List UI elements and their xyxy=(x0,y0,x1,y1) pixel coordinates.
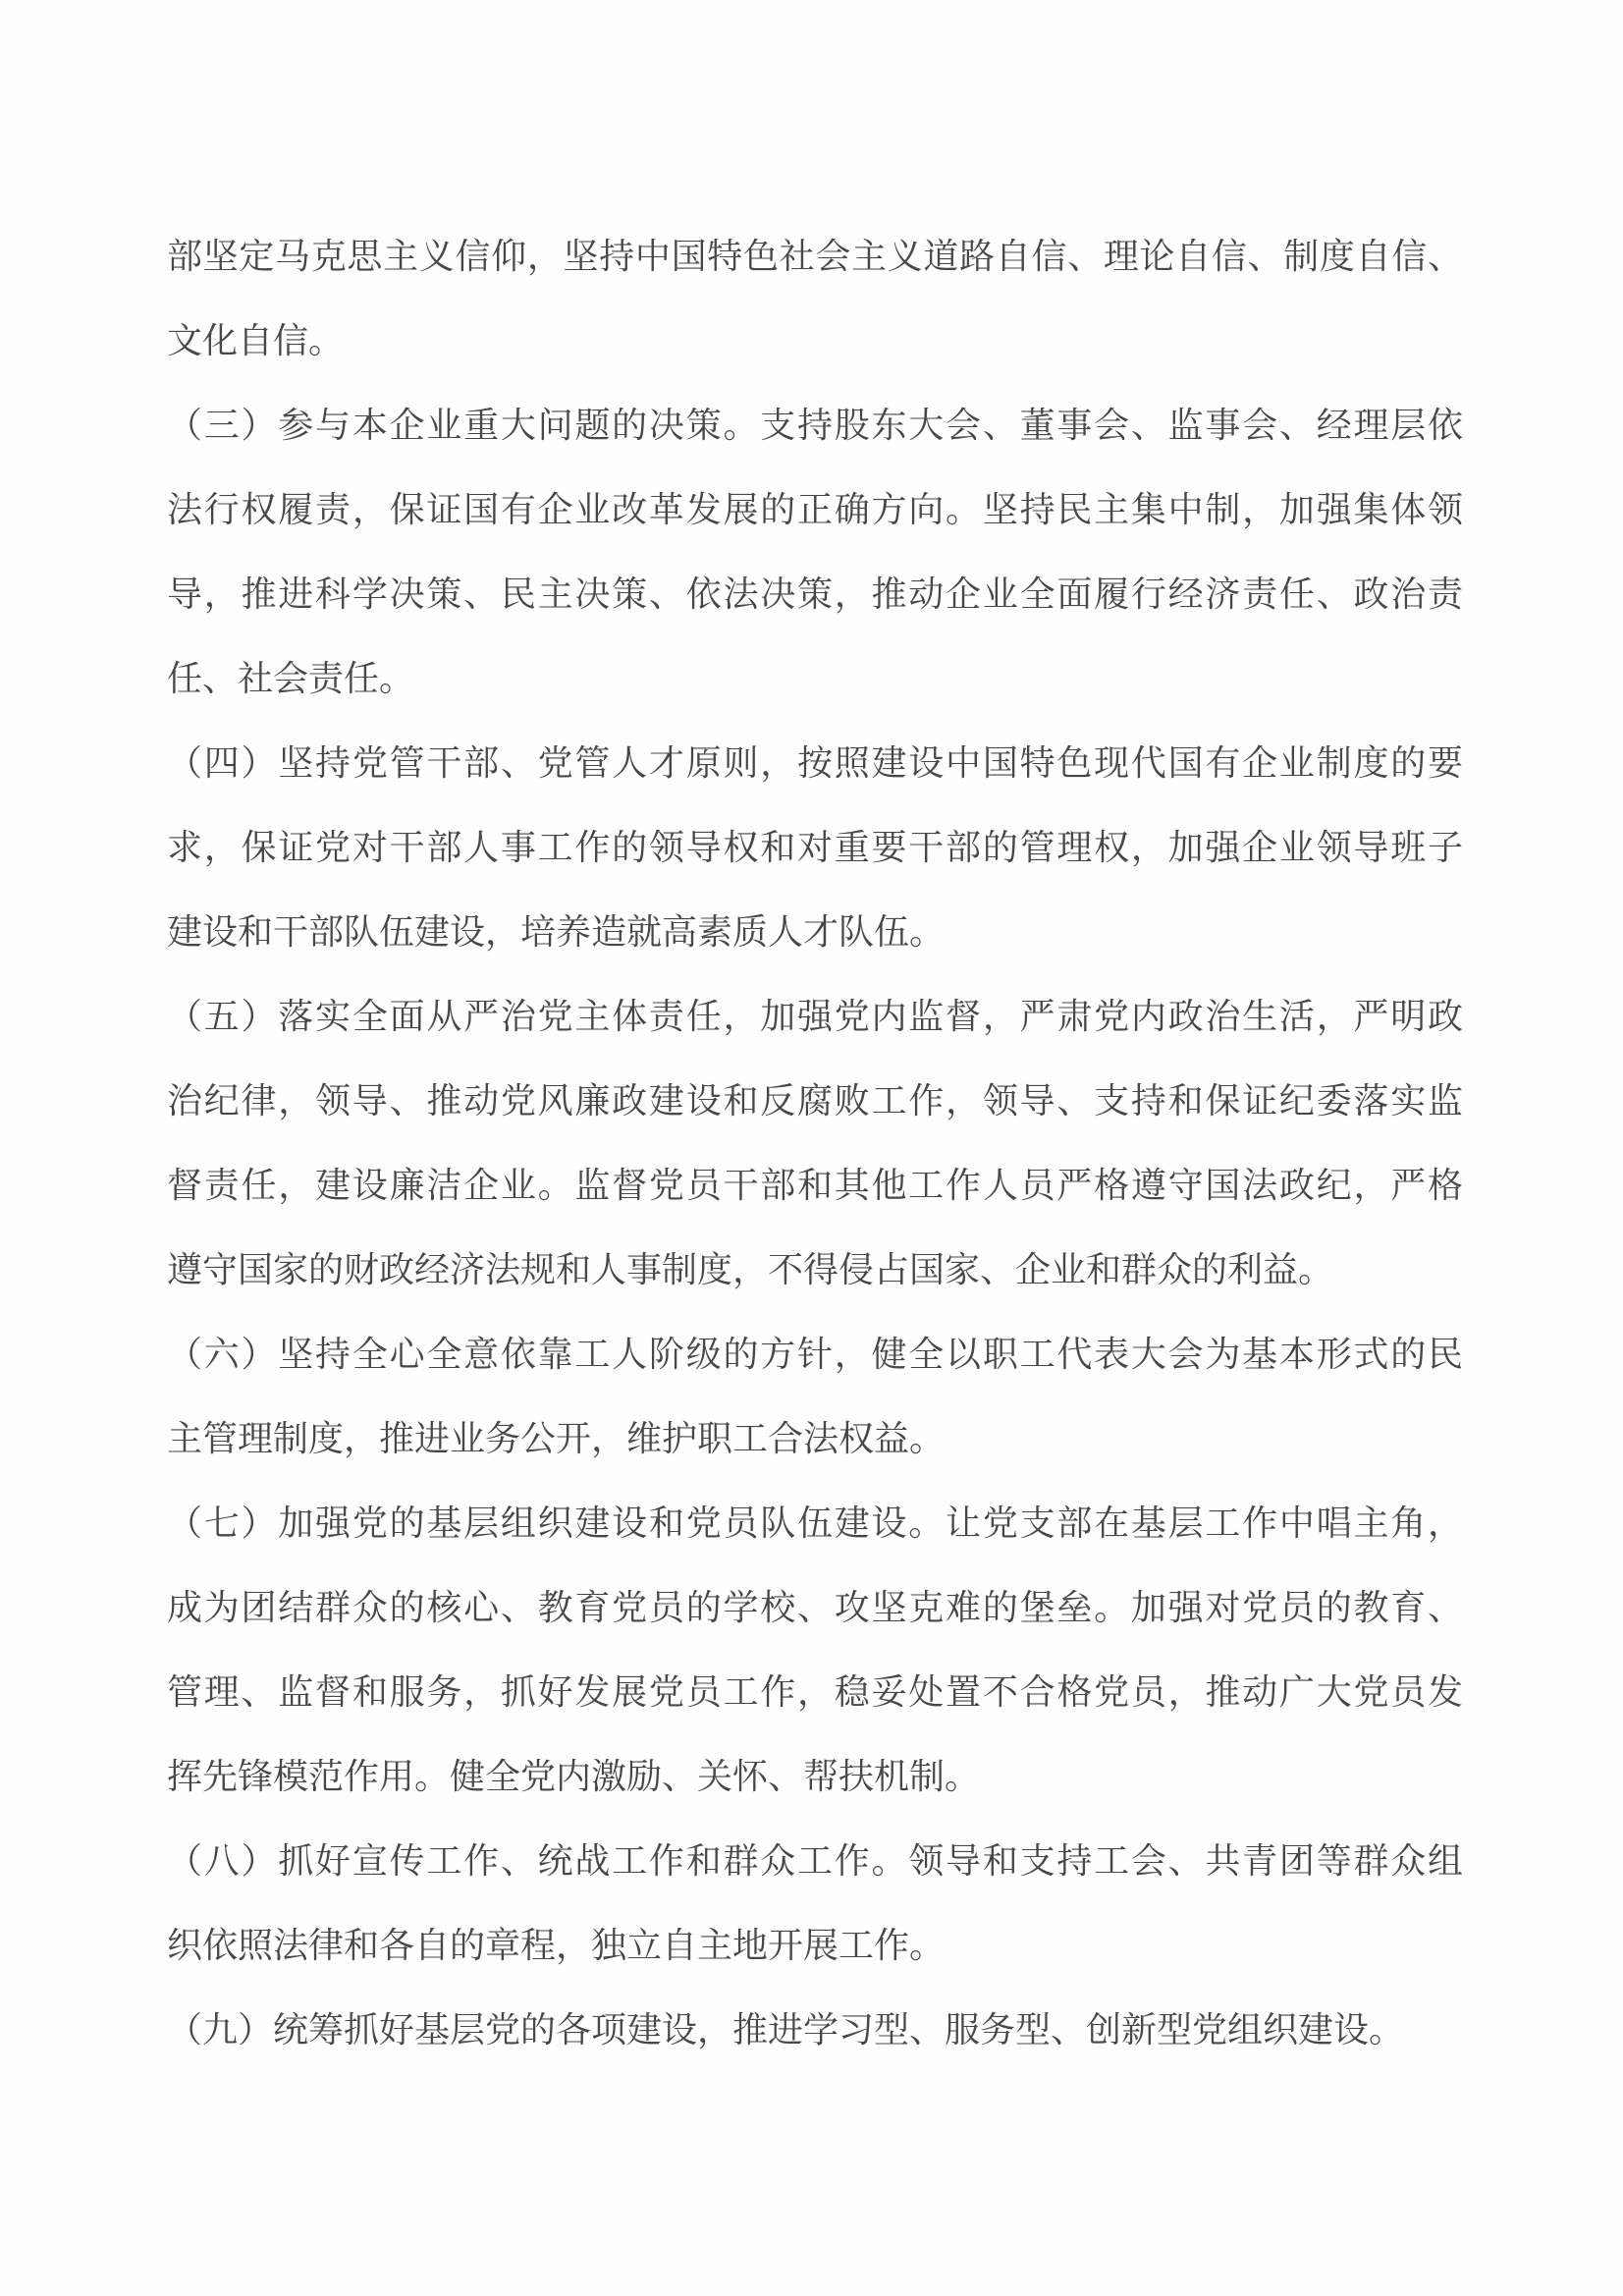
text-line: 织依照法律和各自的章程，独立自主地开展工作。 xyxy=(167,1903,1463,1988)
text-line: 法行权履责，保证国有企业改革发展的正确方向。坚持民主集中制，加强集体领 xyxy=(167,467,1463,552)
text-line: 建设和干部队伍建设，培养造就高素质人才队伍。 xyxy=(167,890,1463,974)
text-line: （四）坚持党管干部、党管人才原则，按照建设中国特色现代国有企业制度的要 xyxy=(167,721,1463,805)
text-line: 督责任，建设廉洁企业。监督党员干部和其他工作人员严格遵守国法政纪，严格 xyxy=(167,1143,1463,1228)
text-line: 文化自信。 xyxy=(167,299,1463,383)
text-line: （八）抓好宣传工作、统战工作和群众工作。领导和支持工会、共青团等群众组 xyxy=(167,1819,1463,1903)
text-line: 成为团结群众的核心、教育党员的学校、攻坚克难的堡垒。加强对党员的教育、 xyxy=(167,1565,1463,1650)
text-line: 遵守国家的财政经济法规和人事制度，不得侵占国家、企业和群众的利益。 xyxy=(167,1228,1463,1312)
text-line: （五）落实全面从严治党主体责任，加强党内监督，严肃党内政治生活，严明政 xyxy=(167,974,1463,1059)
text-line: （三）参与本企业重大问题的决策。支持股东大会、董事会、监事会、经理层依 xyxy=(167,383,1463,467)
text-line: （六）坚持全心全意依靠工人阶级的方针，健全以职工代表大会为基本形式的民 xyxy=(167,1312,1463,1396)
document-page: 部坚定马克思主义信仰，坚持中国特色社会主义道路自信、理论自信、制度自信、 文化自… xyxy=(0,0,1623,2296)
text-line: 导，推进科学决策、民主决策、依法决策，推动企业全面履行经济责任、政治责 xyxy=(167,552,1463,636)
text-line: 挥先锋模范作用。健全党内激励、关怀、帮扶机制。 xyxy=(167,1734,1463,1819)
text-line: （九）统筹抓好基层党的各项建设，推进学习型、服务型、创新型党组织建设。 xyxy=(167,1988,1463,2072)
text-line: 治纪律，领导、推动党风廉政建设和反腐败工作，领导、支持和保证纪委落实监 xyxy=(167,1059,1463,1143)
text-line: 求，保证党对干部人事工作的领导权和对重要干部的管理权，加强企业领导班子 xyxy=(167,805,1463,890)
text-line: 主管理制度，推进业务公开，维护职工合法权益。 xyxy=(167,1396,1463,1481)
text-line: 部坚定马克思主义信仰，坚持中国特色社会主义道路自信、理论自信、制度自信、 xyxy=(167,214,1463,299)
text-line: （七）加强党的基层组织建设和党员队伍建设。让党支部在基层工作中唱主角， xyxy=(167,1481,1463,1565)
text-line: 任、社会责任。 xyxy=(167,636,1463,721)
document-body: 部坚定马克思主义信仰，坚持中国特色社会主义道路自信、理论自信、制度自信、 文化自… xyxy=(167,214,1463,2072)
text-line: 管理、监督和服务，抓好发展党员工作，稳妥处置不合格党员，推动广大党员发 xyxy=(167,1650,1463,1734)
